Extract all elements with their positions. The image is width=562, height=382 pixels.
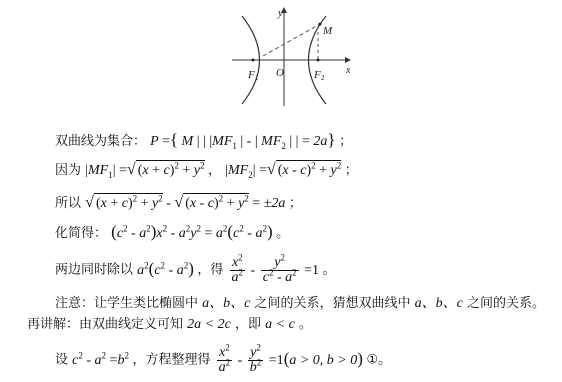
hyperbola-equation-1: x2a2 - y2c2 - a2 =1 <box>228 263 323 278</box>
set-line: 设 c2 - a2 =b2 ，方程整理得 x2a2 - y2b2 =1(a > … <box>55 346 391 375</box>
mf1-formula: |MF1| =√(x + c)2 + y2 <box>85 163 208 178</box>
svg-text:F: F <box>247 69 255 81</box>
hyperbola-standard-equation: x2a2 - y2b2 =1(a > 0, b > 0) <box>215 353 367 368</box>
explain-line: 再讲解：由双曲线定义可知 2a < 2c ，即 a < c 。 <box>27 315 312 335</box>
hyperbola-figure: y x O F 1 F 2 M <box>222 0 362 108</box>
hyperbola-graph-icon: y x O F 1 F 2 M <box>222 0 362 108</box>
so-label: 所以 <box>55 196 81 211</box>
simplify-line: 化简得： (c2 - a2)x2 - a2y2 = a2(c2 - a2) 。 <box>55 222 289 244</box>
semicolon: ； <box>339 134 352 149</box>
difference-formula: √(x + c)2 + y2 - √(x - c)2 + y2 = ±2a <box>85 196 289 211</box>
svg-text:y: y <box>277 7 283 19</box>
note-vars-1: a、b、c <box>202 296 250 311</box>
svg-text:2: 2 <box>321 74 325 82</box>
note-text-b: 之间的关系，猜想双曲线中 <box>255 296 411 311</box>
svg-text:M: M <box>322 25 333 37</box>
mf2-formula: |MF2| =√(x - c)2 + y2 <box>225 163 345 178</box>
inequality-2a-2c: 2a < 2c <box>187 317 231 332</box>
divide-label: 两边同时除以 <box>55 263 133 278</box>
so-line: 所以 √(x + c)2 + y2 - √(x - c)2 + y2 = ±2a… <box>55 193 302 214</box>
note-vars-2: a、b、c <box>415 296 463 311</box>
b-definition: c2 - a2 =b2 <box>72 353 132 368</box>
explain-label: 再讲解：由双曲线定义可知 <box>27 317 183 332</box>
simplify-label: 化简得： <box>55 226 107 241</box>
note-text-a: 注意：让学生类比椭圆中 <box>55 296 198 311</box>
divisor-formula: a2(c2 - a2) <box>137 263 197 278</box>
svg-text:F: F <box>313 69 321 81</box>
set-formula: P ={ M | | |MF1 | - | MF2 | | = 2a} <box>150 134 339 149</box>
divide-line: 两边同时除以 a2(c2 - a2) ，得 x2a2 - y2c2 - a2 =… <box>55 256 336 285</box>
simplified-formula: (c2 - a2)x2 - a2y2 = a2(c2 - a2) <box>111 226 276 241</box>
svg-text:1: 1 <box>255 74 259 82</box>
definition-label: 双曲线为集合： <box>55 134 146 149</box>
note-line: 注意：让学生类比椭圆中 a、b、c 之间的关系，猜想双曲线中 a、b、c 之间的… <box>55 294 545 314</box>
svg-text:O: O <box>276 67 284 79</box>
because-line: 因为 |MF1| =√(x + c)2 + y2 ， |MF2| =√(x - … <box>55 160 358 181</box>
set-label: 设 <box>55 353 68 368</box>
definition-line: 双曲线为集合： P ={ M | | |MF1 | - | MF2 | | = … <box>55 130 352 152</box>
note-text-c: 之间的关系。 <box>467 296 545 311</box>
svg-text:x: x <box>345 65 351 76</box>
because-label: 因为 <box>55 163 81 178</box>
inequality-a-c: a < c <box>265 317 295 332</box>
